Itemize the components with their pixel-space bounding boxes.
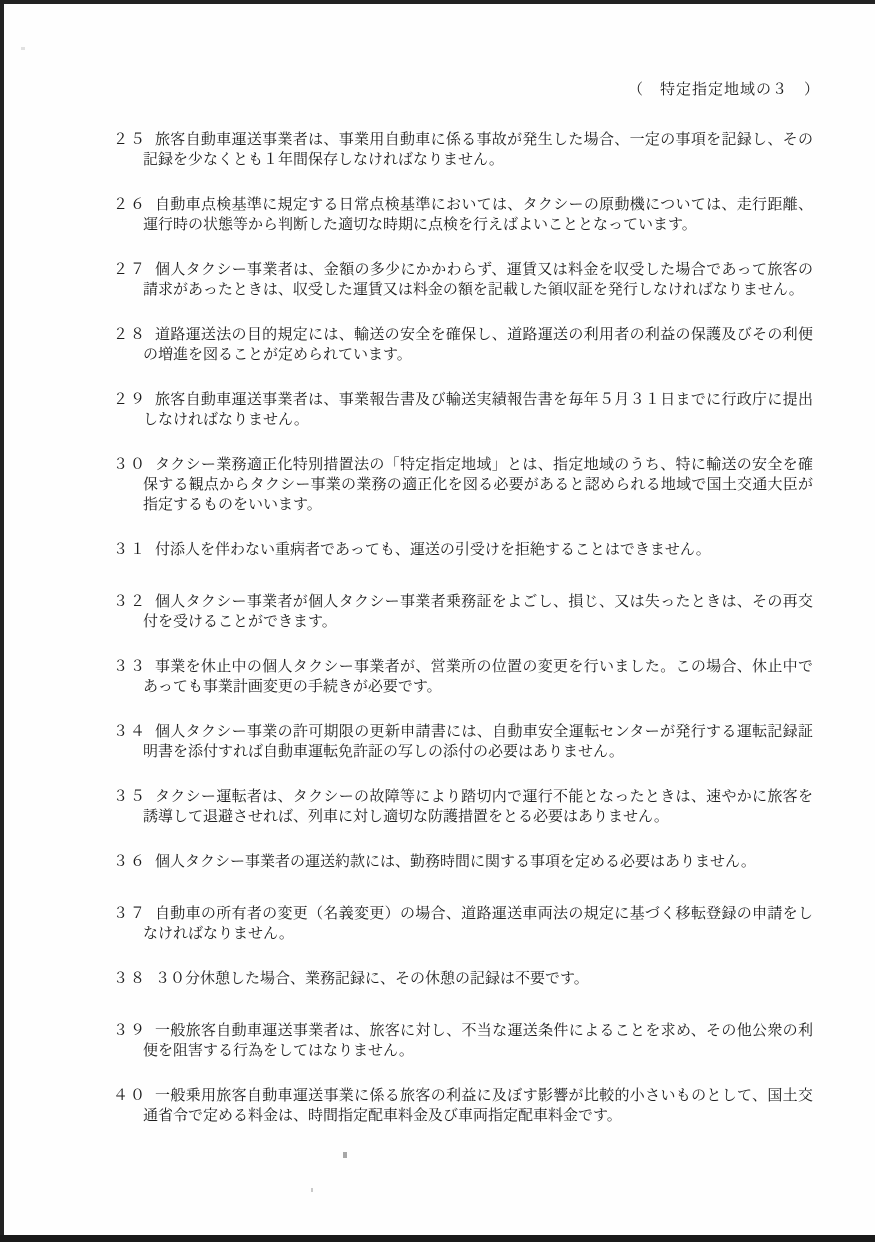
question-item-25: ２５ 旅客自動車運送事業者は、事業用自動車に係る事故が発生した場合、一定の事項を… (113, 130, 823, 170)
question-text: 道路運送法の目的規定には、輸送の安全を確保し、道路運送の利用者の利益の保護及びそ… (143, 325, 813, 365)
scan-edge-top (0, 0, 875, 4)
question-text: 旅客自動車運送事業者は、事業用自動車に係る事故が発生した場合、一定の事項を記録し… (143, 130, 813, 170)
question-number: ２６ (113, 195, 147, 215)
question-text: 付添人を伴わない重病者であっても、運送の引受けを拒絶することはできません。 (143, 540, 813, 560)
question-number: ４０ (113, 1086, 147, 1106)
question-item-28: ２８ 道路運送法の目的規定には、輸送の安全を確保し、道路運送の利用者の利益の保護… (113, 325, 823, 365)
question-item-37: ３７ 自動車の所有者の変更（名義変更）の場合、道路運送車両法の規定に基づく移転登… (113, 904, 823, 944)
scan-edge-left (0, 0, 4, 1242)
question-text: 自動車点検基準に規定する日常点検基準においては、タクシーの原動機については、走行… (143, 195, 813, 235)
question-number: ２５ (113, 130, 147, 150)
question-item-29: ２９ 旅客自動車運送事業者は、事業報告書及び輸送実績報告書を毎年５月３１日までに… (113, 390, 823, 430)
question-item-36: ３６ 個人タクシー事業者の運送約款には、勤務時間に関する事項を定める必要はありま… (113, 852, 823, 872)
question-number: ３６ (113, 852, 147, 872)
question-item-30: ３０ タクシー業務適正化特別措置法の「特定指定地域」とは、指定地域のうち、特に輸… (113, 455, 823, 515)
question-item-31: ３１ 付添人を伴わない重病者であっても、運送の引受けを拒絶することはできません。 (113, 540, 823, 560)
question-number: ２９ (113, 390, 147, 410)
question-text: 旅客自動車運送事業者は、事業報告書及び輸送実績報告書を毎年５月３１日までに行政庁… (143, 390, 813, 430)
question-number: ３２ (113, 592, 147, 612)
question-item-35: ３５ タクシー運転者は、タクシーの故障等により踏切内で運行不能となったときは、速… (113, 787, 823, 827)
scan-artifact (21, 47, 25, 50)
question-item-34: ３４ 個人タクシー事業の許可期限の更新申請書には、自動車安全運転センターが発行す… (113, 722, 823, 762)
question-number: ３１ (113, 540, 147, 560)
question-number: ３７ (113, 904, 147, 924)
scan-artifact (343, 1152, 347, 1158)
question-text: 個人タクシー事業の許可期限の更新申請書には、自動車安全運転センターが発行する運転… (143, 722, 813, 762)
question-number: ２８ (113, 325, 147, 345)
question-text: タクシー業務適正化特別措置法の「特定指定地域」とは、指定地域のうち、特に輸送の安… (143, 455, 813, 515)
question-text: 一般旅客自動車運送事業者は、旅客に対し、不当な運送条件によることを求め、その他公… (143, 1021, 813, 1061)
question-number: ２７ (113, 260, 147, 280)
question-number: ３４ (113, 722, 147, 742)
scan-edge-bottom (0, 1235, 875, 1242)
scan-artifact (311, 1188, 313, 1192)
question-text: 自動車の所有者の変更（名義変更）の場合、道路運送車両法の規定に基づく移転登録の申… (143, 904, 813, 944)
question-number: ３９ (113, 1021, 147, 1041)
question-text: 事業を休止中の個人タクシー事業者が、営業所の位置の変更を行いました。この場合、休… (143, 657, 813, 697)
question-text: 個人タクシー事業者の運送約款には、勤務時間に関する事項を定める必要はありません。 (143, 852, 813, 872)
question-item-40: ４０ 一般乗用旅客自動車運送事業に係る旅客の利益に及ぼす影響が比較的小さいものと… (113, 1086, 823, 1126)
question-list: ２５ 旅客自動車運送事業者は、事業用自動車に係る事故が発生した場合、一定の事項を… (113, 130, 823, 1151)
question-item-32: ３２ 個人タクシー事業者が個人タクシー事業者乗務証をよごし、損じ、又は失ったとき… (113, 592, 823, 632)
question-text: ３０分休憩した場合、業務記録に、その休憩の記録は不要です。 (143, 969, 813, 989)
question-text: タクシー運転者は、タクシーの故障等により踏切内で運行不能となったときは、速やかに… (143, 787, 813, 827)
scan-artifact (285, 499, 288, 501)
question-number: ３３ (113, 657, 147, 677)
question-item-27: ２７ 個人タクシー事業者は、金額の多少にかかわらず、運賃又は料金を収受した場合で… (113, 260, 823, 300)
question-number: ３５ (113, 787, 147, 807)
scanned-document-page: （ 特定指定地域の３ ） ２５ 旅客自動車運送事業者は、事業用自動車に係る事故が… (0, 0, 875, 1242)
page-header-note: （ 特定指定地域の３ ） (628, 78, 820, 99)
question-item-26: ２６ 自動車点検基準に規定する日常点検基準においては、タクシーの原動機については… (113, 195, 823, 235)
question-item-38: ３８ ３０分休憩した場合、業務記録に、その休憩の記録は不要です。 (113, 969, 823, 989)
question-item-33: ３３ 事業を休止中の個人タクシー事業者が、営業所の位置の変更を行いました。この場… (113, 657, 823, 697)
question-text: 個人タクシー事業者は、金額の多少にかかわらず、運賃又は料金を収受した場合であって… (143, 260, 813, 300)
question-number: ３０ (113, 455, 147, 475)
question-item-39: ３９ 一般旅客自動車運送事業者は、旅客に対し、不当な運送条件によることを求め、そ… (113, 1021, 823, 1061)
question-text: 一般乗用旅客自動車運送事業に係る旅客の利益に及ぼす影響が比較的小さいものとして、… (143, 1086, 813, 1126)
question-text: 個人タクシー事業者が個人タクシー事業者乗務証をよごし、損じ、又は失ったときは、そ… (143, 592, 813, 632)
question-number: ３８ (113, 969, 147, 989)
